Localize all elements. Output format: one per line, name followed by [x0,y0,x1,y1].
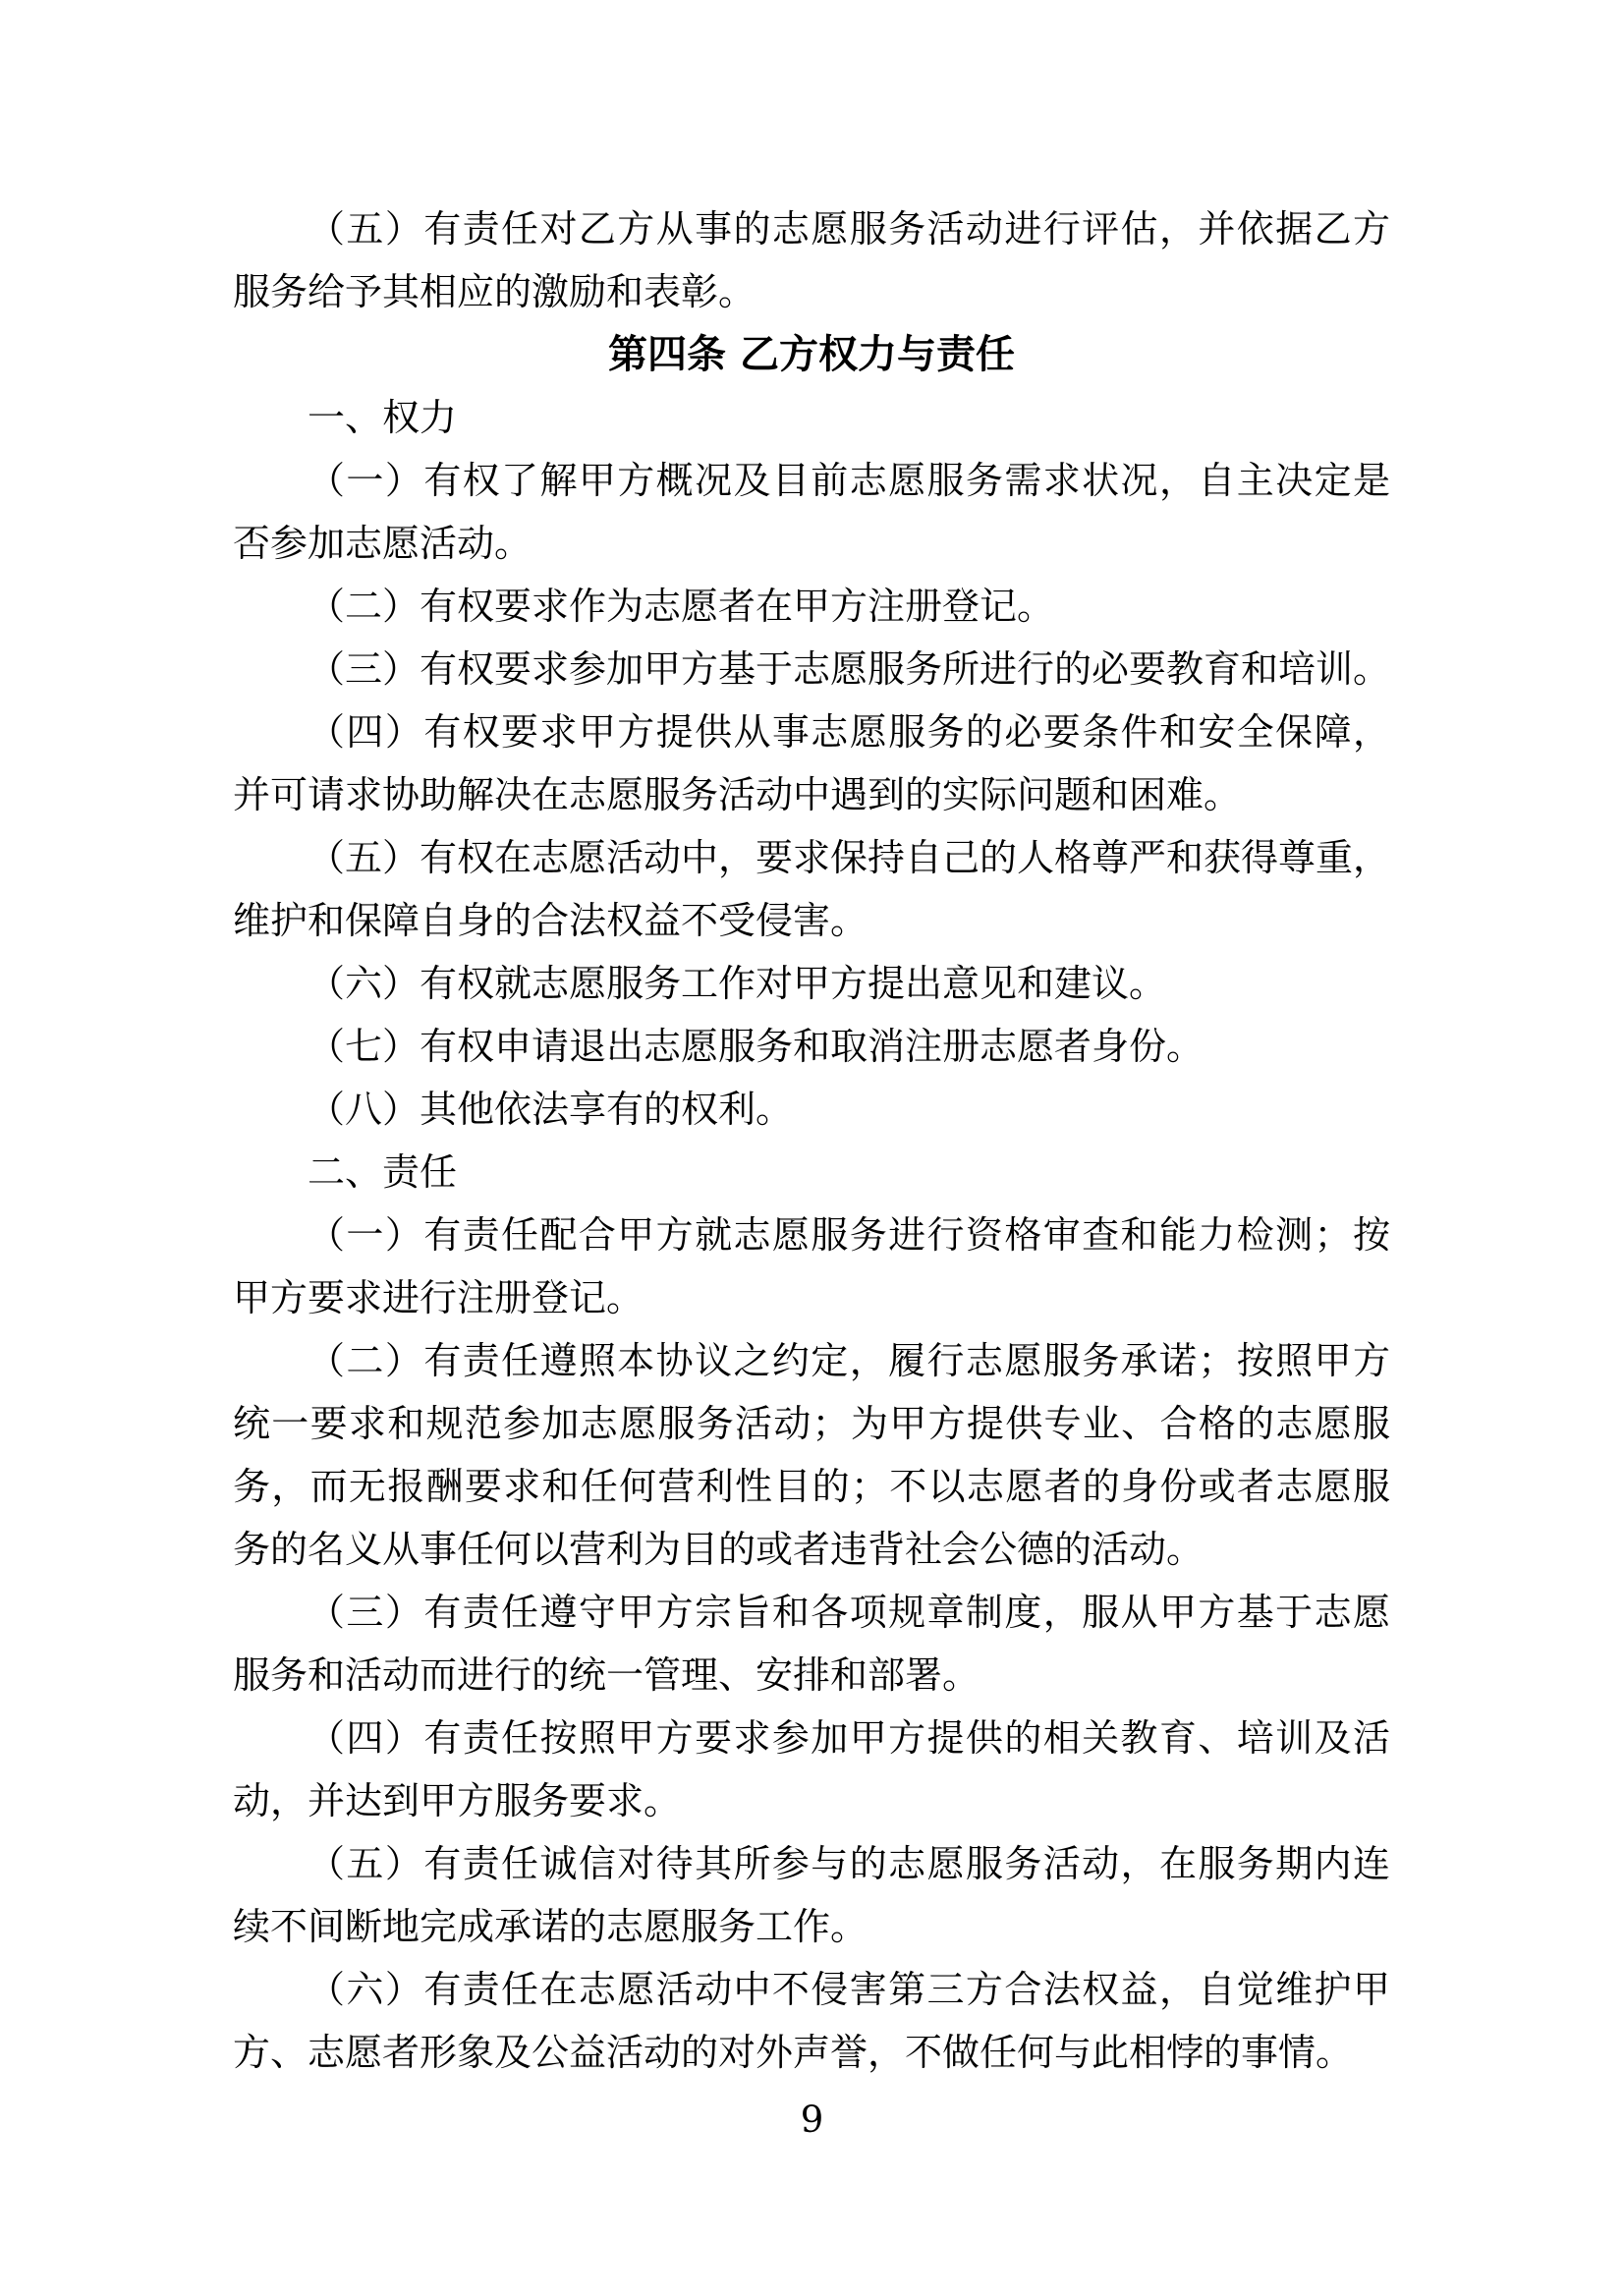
document-body: （五）有责任对乙方从事的志愿服务活动进行评估，并依据乙方服务给予其相应的激励和表… [233,197,1390,2084]
document-line: （二）有权要求作为志愿者在甲方注册登记。 [233,575,1390,638]
document-line: （八）其他依法享有的权利。 [233,1078,1390,1141]
document-line: （七）有权申请退出志愿服务和取消注册志愿者身份。 [233,1015,1390,1078]
document-line: （五）有权在志愿活动中，要求保持自己的人格尊严和获得尊重， [233,826,1390,889]
document-line: 务的名义从事任何以营利为目的或者违背社会公德的活动。 [233,1518,1390,1581]
document-line: （三）有责任遵守甲方宗旨和各项规章制度，服从甲方基于志愿 [233,1581,1390,1644]
document-line: （一）有权了解甲方概况及目前志愿服务需求状况，自主决定是 [233,449,1390,512]
document-line: （三）有权要求参加甲方基于志愿服务所进行的必要教育和培训。 [233,638,1390,700]
document-page: （五）有责任对乙方从事的志愿服务活动进行评估，并依据乙方服务给予其相应的激励和表… [0,0,1624,2296]
document-line: 方、志愿者形象及公益活动的对外声誉，不做任何与此相悖的事情。 [233,2021,1390,2084]
document-line: 续不间断地完成承诺的志愿服务工作。 [233,1895,1390,1958]
document-line: 服务和活动而进行的统一管理、安排和部署。 [233,1644,1390,1707]
document-line: 否参加志愿活动。 [233,512,1390,575]
document-line: 维护和保障自身的合法权益不受侵害。 [233,889,1390,952]
document-line: （四）有权要求甲方提供从事志愿服务的必要条件和安全保障， [233,700,1390,763]
document-line: （一）有责任配合甲方就志愿服务进行资格审查和能力检测；按 [233,1204,1390,1266]
document-line: 并可请求协助解决在志愿服务活动中遇到的实际问题和困难。 [233,763,1390,826]
document-line: 服务给予其相应的激励和表彰。 [233,260,1390,323]
document-line: （六）有权就志愿服务工作对甲方提出意见和建议。 [233,952,1390,1015]
document-line: 动，并达到甲方服务要求。 [233,1769,1390,1832]
document-line: （四）有责任按照甲方要求参加甲方提供的相关教育、培训及活 [233,1707,1390,1769]
section-heading: 第四条 乙方权力与责任 [233,323,1390,386]
document-line: 二、责任 [233,1141,1390,1204]
document-line: （二）有责任遵照本协议之约定，履行志愿服务承诺；按照甲方 [233,1329,1390,1392]
document-line: 一、权力 [233,386,1390,449]
document-line: （六）有责任在志愿活动中不侵害第三方合法权益，自觉维护甲 [233,1958,1390,2021]
document-line: 务，而无报酬要求和任何营利性目的；不以志愿者的身份或者志愿服 [233,1455,1390,1518]
document-line: 统一要求和规范参加志愿服务活动；为甲方提供专业、合格的志愿服 [233,1392,1390,1455]
page-number: 9 [0,2095,1624,2146]
document-line: （五）有责任诚信对待其所参与的志愿服务活动，在服务期内连 [233,1832,1390,1895]
document-line: 甲方要求进行注册登记。 [233,1266,1390,1329]
document-line: （五）有责任对乙方从事的志愿服务活动进行评估，并依据乙方 [233,197,1390,260]
